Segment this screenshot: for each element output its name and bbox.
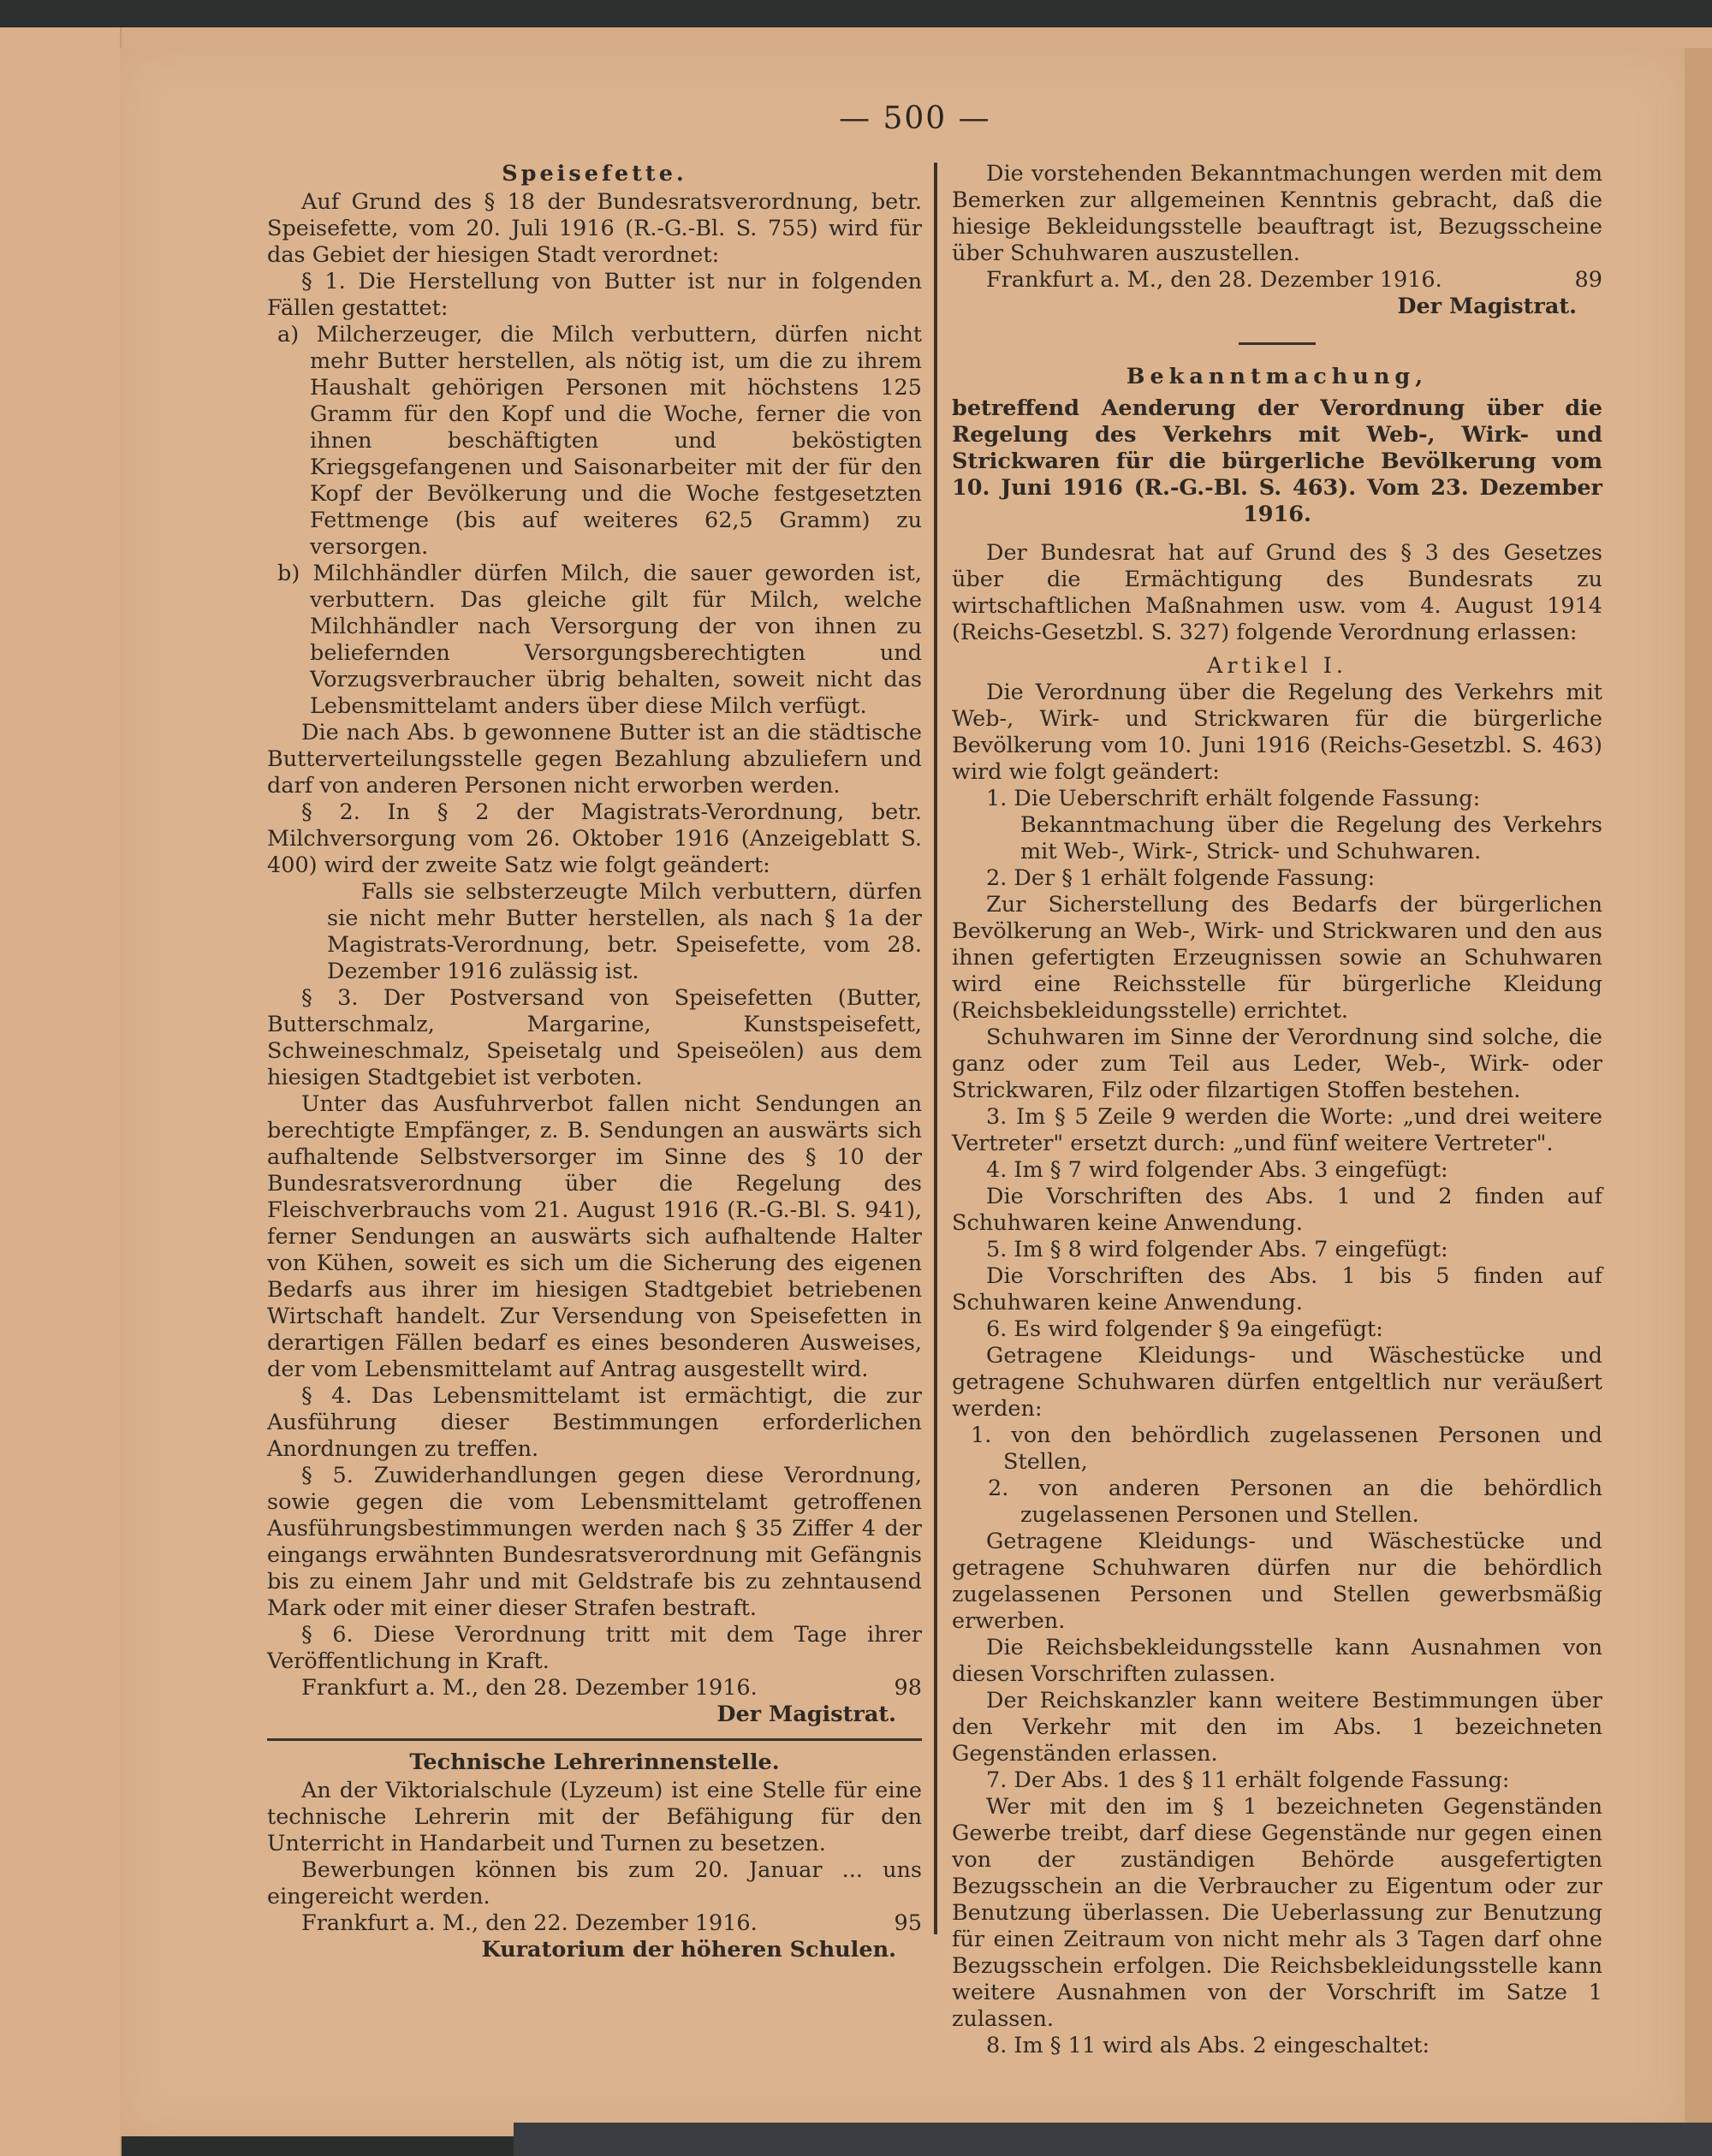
paragraph-1: Die vorstehenden Bekanntmachungen werden… <box>952 161 1602 267</box>
item-4: 4. Im § 7 wird folgender Abs. 3 eingefüg… <box>952 1157 1602 1184</box>
dateline: Frankfurt a. M., den 28. Dezember 1916. … <box>267 1675 922 1702</box>
reference-number: 95 <box>895 1910 922 1937</box>
item-6-text-2: Getragene Kleidungs- und Wäschestücke un… <box>952 1529 1602 1635</box>
paragraph-4: § 4. Das Lebensmittelamt ist ermächtigt,… <box>267 1383 922 1463</box>
section-title: Speisefette. <box>267 161 922 187</box>
item-5: 5. Im § 8 wird folgender Abs. 7 eingefüg… <box>952 1237 1602 1263</box>
item-7-text: Wer mit den im § 1 bezeichneten Gegenstä… <box>952 1794 1602 2033</box>
paragraph-6: § 6. Diese Verordnung tritt mit dem Tage… <box>267 1622 922 1675</box>
paragraph-2: § 2. In § 2 der Magistrats-Verordnung, b… <box>267 799 922 879</box>
item-6-sub-2: 2. von anderen Personen an die behördlic… <box>952 1476 1602 1529</box>
item-6-sub-1: 1. von den behördlich zugelassenen Perso… <box>952 1422 1602 1476</box>
article-intro: Die Verordnung über die Regelung des Ver… <box>952 680 1602 786</box>
section-divider <box>1239 342 1316 345</box>
item-6-text: Getragene Kleidungs- und Wäschestücke un… <box>952 1343 1602 1422</box>
section-top-notice: Die vorstehenden Bekanntmachungen werden… <box>952 161 1602 320</box>
paragraph-3b: Unter das Ausfuhrverbot fallen nicht Sen… <box>267 1091 922 1383</box>
paragraph-1c: Die nach Abs. b gewonnene Butter ist an … <box>267 720 922 799</box>
paragraph-1: § 1. Die Herstellung von Butter ist nur … <box>267 269 922 322</box>
section-title: Technische Lehrerinnenstelle. <box>267 1749 922 1776</box>
column-divider <box>934 163 937 1934</box>
item-6-text-4: Der Reichskanzler kann weitere Bestimmun… <box>952 1688 1602 1767</box>
date-text: Frankfurt a. M., den 28. Dezember 1916. <box>301 1675 758 1702</box>
item-1: 1. Die Ueberschrift erhält folgende Fass… <box>952 786 1602 812</box>
item-6-text-3: Die Reichsbekleidungsstelle kann Ausnahm… <box>952 1635 1602 1688</box>
paragraph-2-quote: Falls sie selbsterzeugte Milch verbutter… <box>267 879 922 985</box>
book-board-left <box>0 27 122 2156</box>
signature: Der Magistrat. <box>267 1702 922 1728</box>
date-text: Frankfurt a. M., den 22. Dezember 1916. <box>301 1910 758 1937</box>
section-speisefette: Speisefette. Auf Grund des § 18 der Bund… <box>267 161 922 1728</box>
section-subtitle: betreffend Aenderung der Verordnung über… <box>952 395 1602 528</box>
item-3: 3. Im § 5 Zeile 9 werden die Worte: „und… <box>952 1104 1602 1157</box>
dateline: Frankfurt a. M., den 28. Dezember 1916. … <box>952 267 1602 294</box>
signature: Kuratorium der höheren Schulen. <box>267 1937 922 1963</box>
section-divider <box>267 1738 922 1741</box>
section-title: Bekanntmachung, <box>952 364 1602 390</box>
item-4-text: Die Vorschriften des Abs. 1 und 2 finden… <box>952 1184 1602 1237</box>
item-2-text-2: Schuhwaren im Sinne der Verordnung sind … <box>952 1025 1602 1104</box>
date-text: Frankfurt a. M., den 28. Dezember 1916. <box>986 267 1442 294</box>
paragraph-3: § 3. Der Postversand von Speisefetten (B… <box>267 985 922 1091</box>
article-heading: Artikel I. <box>952 653 1602 680</box>
reference-number: 98 <box>895 1675 922 1702</box>
paragraph-1b: b) Milchhändler dürfen Milch, die sauer … <box>267 561 922 720</box>
right-column: Die vorstehenden Bekanntmachungen werden… <box>952 161 1602 2059</box>
item-8: 8. Im § 11 wird als Abs. 2 eingeschaltet… <box>952 2033 1602 2059</box>
item-1-text: Bekanntmachung über die Regelung des Ver… <box>952 812 1602 865</box>
item-7: 7. Der Abs. 1 des § 11 erhält folgende F… <box>952 1767 1602 1794</box>
left-column: Speisefette. Auf Grund des § 18 der Bund… <box>267 161 922 1963</box>
paragraph-1: An der Viktorialschule (Lyzeum) ist eine… <box>267 1778 922 1857</box>
section-lehrerinnenstelle: Technische Lehrerinnenstelle. An der Vik… <box>267 1749 922 1963</box>
section-bekanntmachung: Bekanntmachung, betreffend Aenderung der… <box>952 364 1602 2059</box>
page-number: — 500 — <box>839 101 991 136</box>
item-6: 6. Es wird folgender § 9a eingefügt: <box>952 1316 1602 1343</box>
paragraph-intro: Auf Grund des § 18 der Bundesratsverordn… <box>267 189 922 269</box>
paragraph-5: § 5. Zuwiderhandlungen gegen diese Veror… <box>267 1463 922 1622</box>
paragraph-intro: Der Bundesrat hat auf Grund des § 3 des … <box>952 540 1602 646</box>
item-2-text: Zur Sicherstellung des Bedarfs der bürge… <box>952 892 1602 1025</box>
paragraph-1a: a) Milcherzeuger, die Milch verbuttern, … <box>267 322 922 561</box>
page-edge-right <box>1685 48 1712 2136</box>
reference-number: 89 <box>1575 267 1602 294</box>
book-binding-bottom <box>514 2123 1712 2156</box>
item-2: 2. Der § 1 erhält folgende Fassung: <box>952 865 1602 892</box>
paragraph-2: Bewerbungen können bis zum 20. Januar ..… <box>267 1857 922 1910</box>
dateline: Frankfurt a. M., den 22. Dezember 1916. … <box>267 1910 922 1937</box>
item-5-text: Die Vorschriften des Abs. 1 bis 5 finden… <box>952 1263 1602 1316</box>
signature: Der Magistrat. <box>952 294 1602 320</box>
